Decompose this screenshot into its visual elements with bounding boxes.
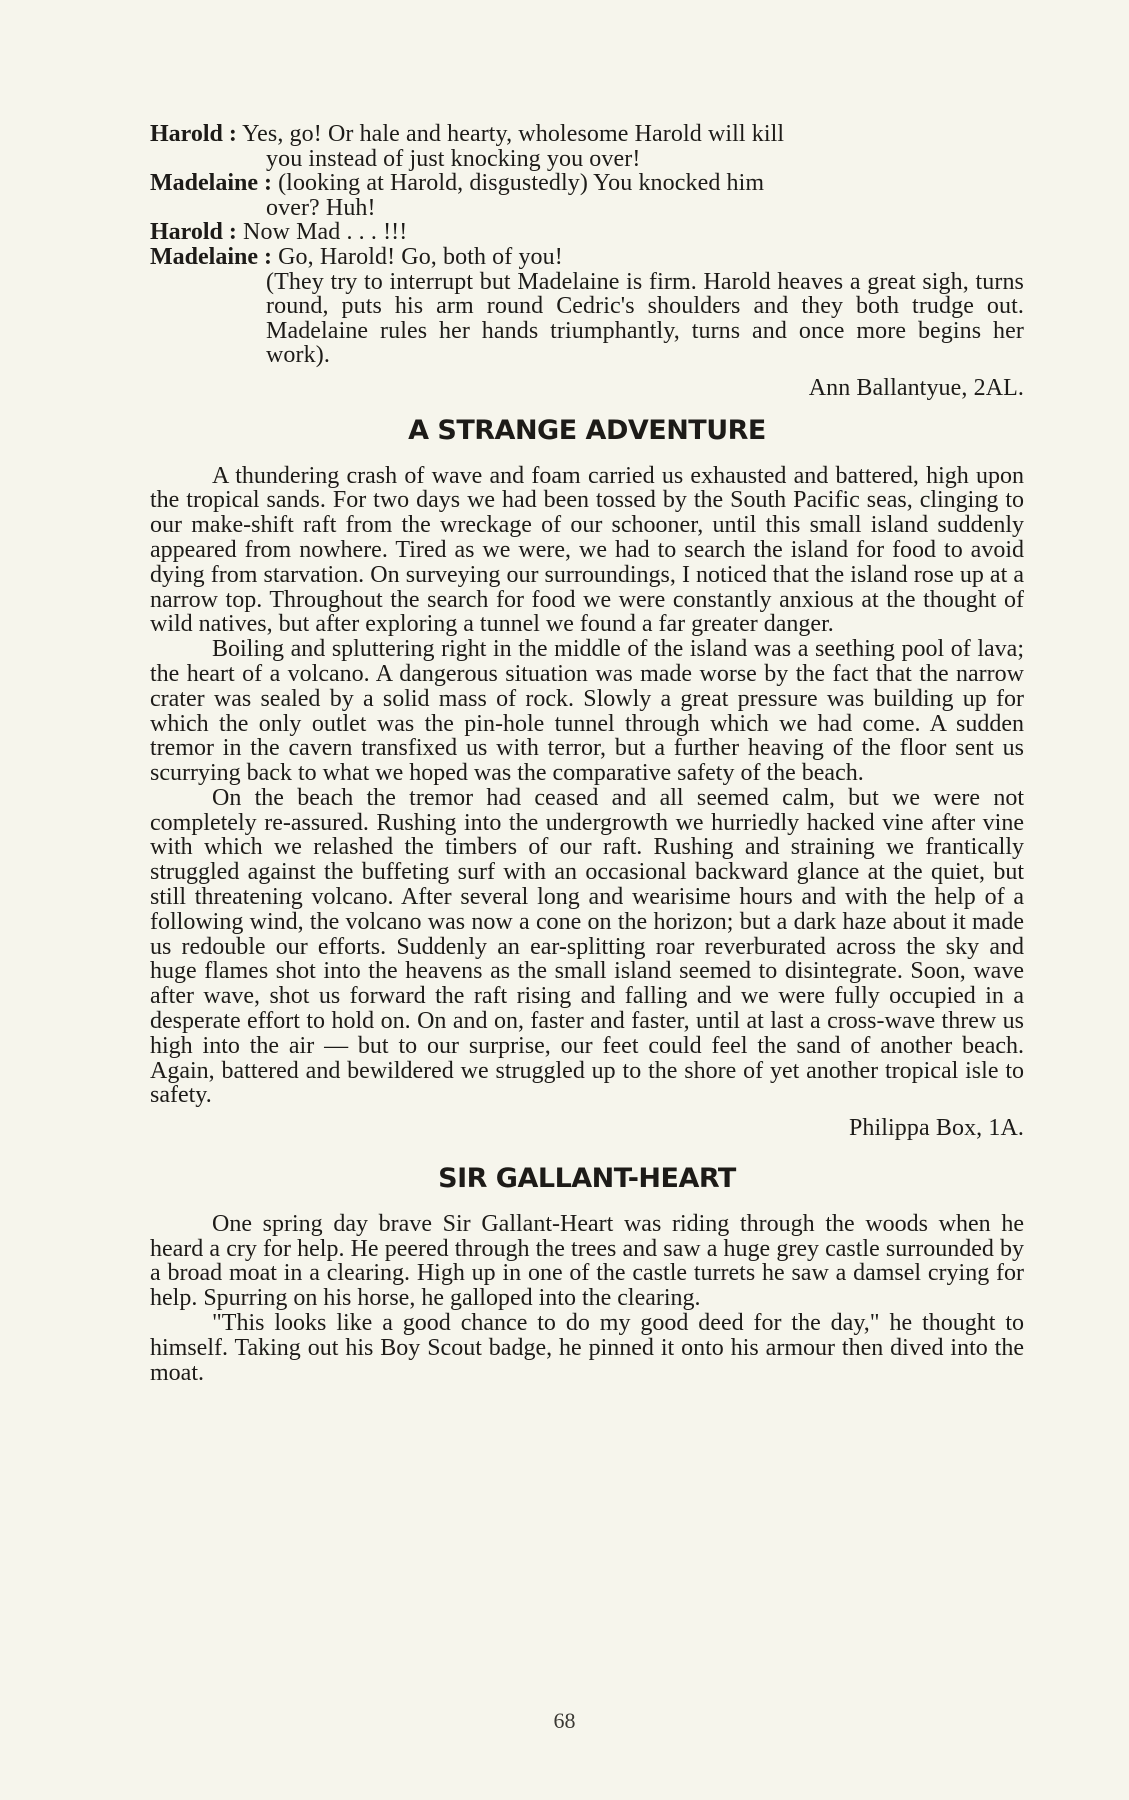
book-page: Harold : Yes, go! Or hale and hearty, wh… xyxy=(150,122,1024,1385)
play-excerpt: Harold : Yes, go! Or hale and hearty, wh… xyxy=(150,122,1024,401)
dialogue-line: Harold : Yes, go! Or hale and hearty, wh… xyxy=(150,122,1024,171)
speaker-name: Madelaine : xyxy=(150,244,272,270)
paragraph: On the beach the tremor had ceased and a… xyxy=(150,786,1024,1108)
paragraph: One spring day brave Sir Gallant-Heart w… xyxy=(150,1212,1024,1311)
speaker-name: Harold : xyxy=(150,121,237,147)
speaker-name: Madelaine : xyxy=(150,170,272,196)
dialogue-text: (looking at Harold, disgustedly) You kno… xyxy=(278,170,764,196)
story-title: A STRANGE ADVENTURE xyxy=(150,415,1024,446)
paragraph: "This looks like a good chance to do my … xyxy=(150,1311,1024,1385)
dialogue-text: Go, Harold! Go, both of you! xyxy=(278,244,563,270)
dialogue-continuation: you instead of just knocking you over! xyxy=(150,147,1024,172)
story-body: One spring day brave Sir Gallant-Heart w… xyxy=(150,1212,1024,1386)
author-credit: Philippa Box, 1A. xyxy=(150,1116,1024,1141)
paragraph: Boiling and spluttering right in the mid… xyxy=(150,637,1024,786)
dialogue-continuation: over? Huh! xyxy=(150,196,1024,221)
speaker-name: Harold : xyxy=(150,219,237,245)
dialogue-line: Madelaine : Go, Harold! Go, both of you! xyxy=(150,245,1024,270)
page-number: 68 xyxy=(0,1708,1129,1734)
story-body: A thundering crash of wave and foam carr… xyxy=(150,464,1024,1141)
dialogue-line: Harold : Now Mad . . . !!! xyxy=(150,220,1024,245)
paragraph: A thundering crash of wave and foam carr… xyxy=(150,464,1024,638)
dialogue-text: Yes, go! Or hale and hearty, wholesome H… xyxy=(242,121,784,147)
stage-direction: (They try to interrupt but Madelaine is … xyxy=(150,270,1024,368)
author-credit: Ann Ballantyue, 2AL. xyxy=(150,376,1024,401)
dialogue-line: Madelaine : (looking at Harold, disguste… xyxy=(150,171,1024,220)
story-title: SIR GALLANT-HEART xyxy=(150,1163,1024,1194)
dialogue-text: Now Mad . . . !!! xyxy=(243,219,407,245)
